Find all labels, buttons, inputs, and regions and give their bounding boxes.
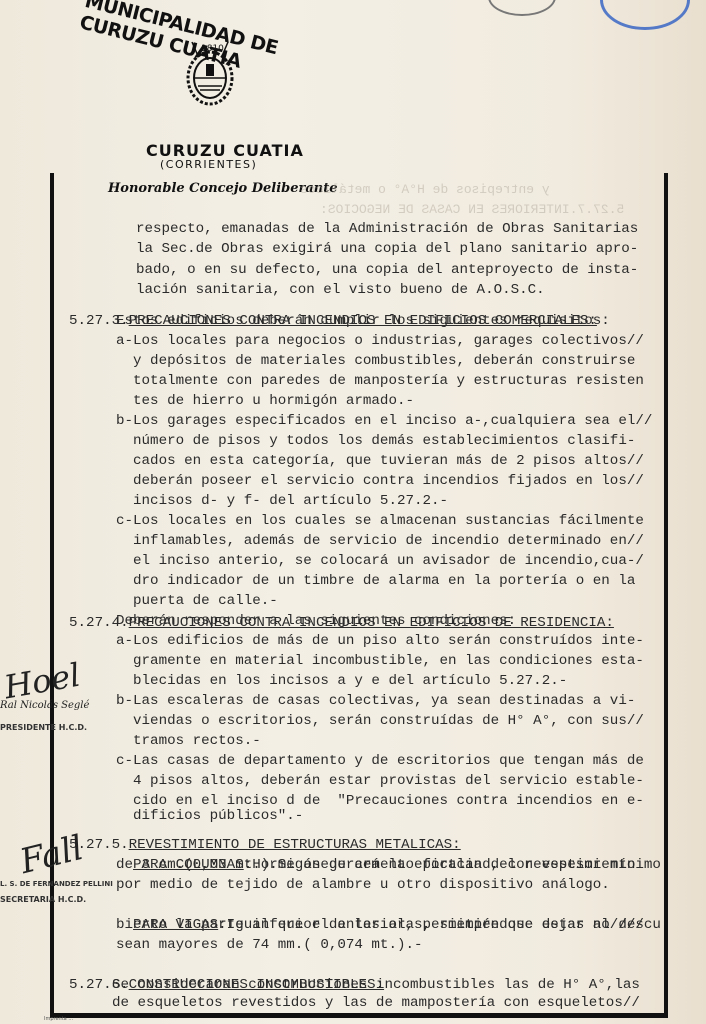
text-line: c-Las casas de departamento y de escrito… [116,751,644,771]
round-seal-gray [488,0,556,16]
text-line: dro indicador de un timbre de alarma en … [116,571,635,591]
signature-name: Ral Nicolás Seglé [0,700,89,711]
text-line: sean mayores de 74 mm.( 0,074 mt.).- [116,935,423,955]
text-line: de esqueletos revestidos y las de mampos… [112,993,640,1013]
text-line: tes de hierro u hormigón armado.- [116,391,414,411]
coat-of-arms-icon: 1810 [184,40,236,110]
text-line: Deberán responder a las siguientes condi… [116,611,516,631]
text-line: viendas o escritorios, serán construídas… [116,711,644,731]
text-line: incisos d- y f- del artículo 5.27.2.- [116,491,448,511]
text-line: b-Las escaleras de casas colectivas, ya … [116,691,635,711]
text-line: c-Los locales en los cuales se almacenan… [116,511,644,531]
text-line: bado, o en su defecto, una copia del ant… [136,260,638,280]
text-line: bierto la parte inferior de las alas, si… [116,915,644,935]
text-line: Se consideraran construcciones incombust… [112,975,640,995]
text-line: tramos rectos.- [116,731,261,751]
text-line: la Sec.de Obras exigirá una copia del pl… [136,239,638,259]
text-line: 4 pisos altos, deberán estar provistas d… [116,771,644,791]
text-line: totalmente con paredes de manpostería y … [116,371,644,391]
text-line: a-Los locales para negocios o industrias… [116,331,644,351]
text-line: cados en esta categoría, que tuvieran má… [116,451,644,471]
text-line: el inciso anterio, se colocará un avisad… [116,551,644,571]
text-line: a-Los edificios de más de un piso alto s… [116,631,644,651]
text-line: respecto, emanadas de la Administración … [136,219,638,239]
signature-name: L. S. DE FERNANDEZ PELLINI [0,880,113,888]
printer-mark: Imprenta ... [44,1016,73,1022]
text-line: gramente en material incombustible, en l… [116,651,644,671]
text-line: Estos edificios deberán cumplir los sigu… [116,311,610,331]
text-line: por medio de tejido de alambre u otro di… [116,875,610,895]
signature-role: PRESIDENTE H.C.D. [0,723,87,732]
text-line: blecidas en los incisos a y e del artícu… [116,671,567,691]
text-line: inflamables, además de servicio de incen… [116,531,644,551]
round-seal-blue [600,0,690,30]
province-name: (CORRIENTES) [160,158,257,171]
text-line: de 3 cm.(0,03 mt.).Se asegurará la efica… [116,855,635,875]
signature-role: SECRETARIA H.C.D. [0,895,86,904]
text-line: número de pisos y todos los demás establ… [116,431,635,451]
text-line: deberán poseer el servicio contra incend… [116,471,644,491]
text-line: b-Los garages especificados en el inciso… [116,411,652,431]
text-line: y depósitos de materiales combustibles, … [116,351,635,371]
